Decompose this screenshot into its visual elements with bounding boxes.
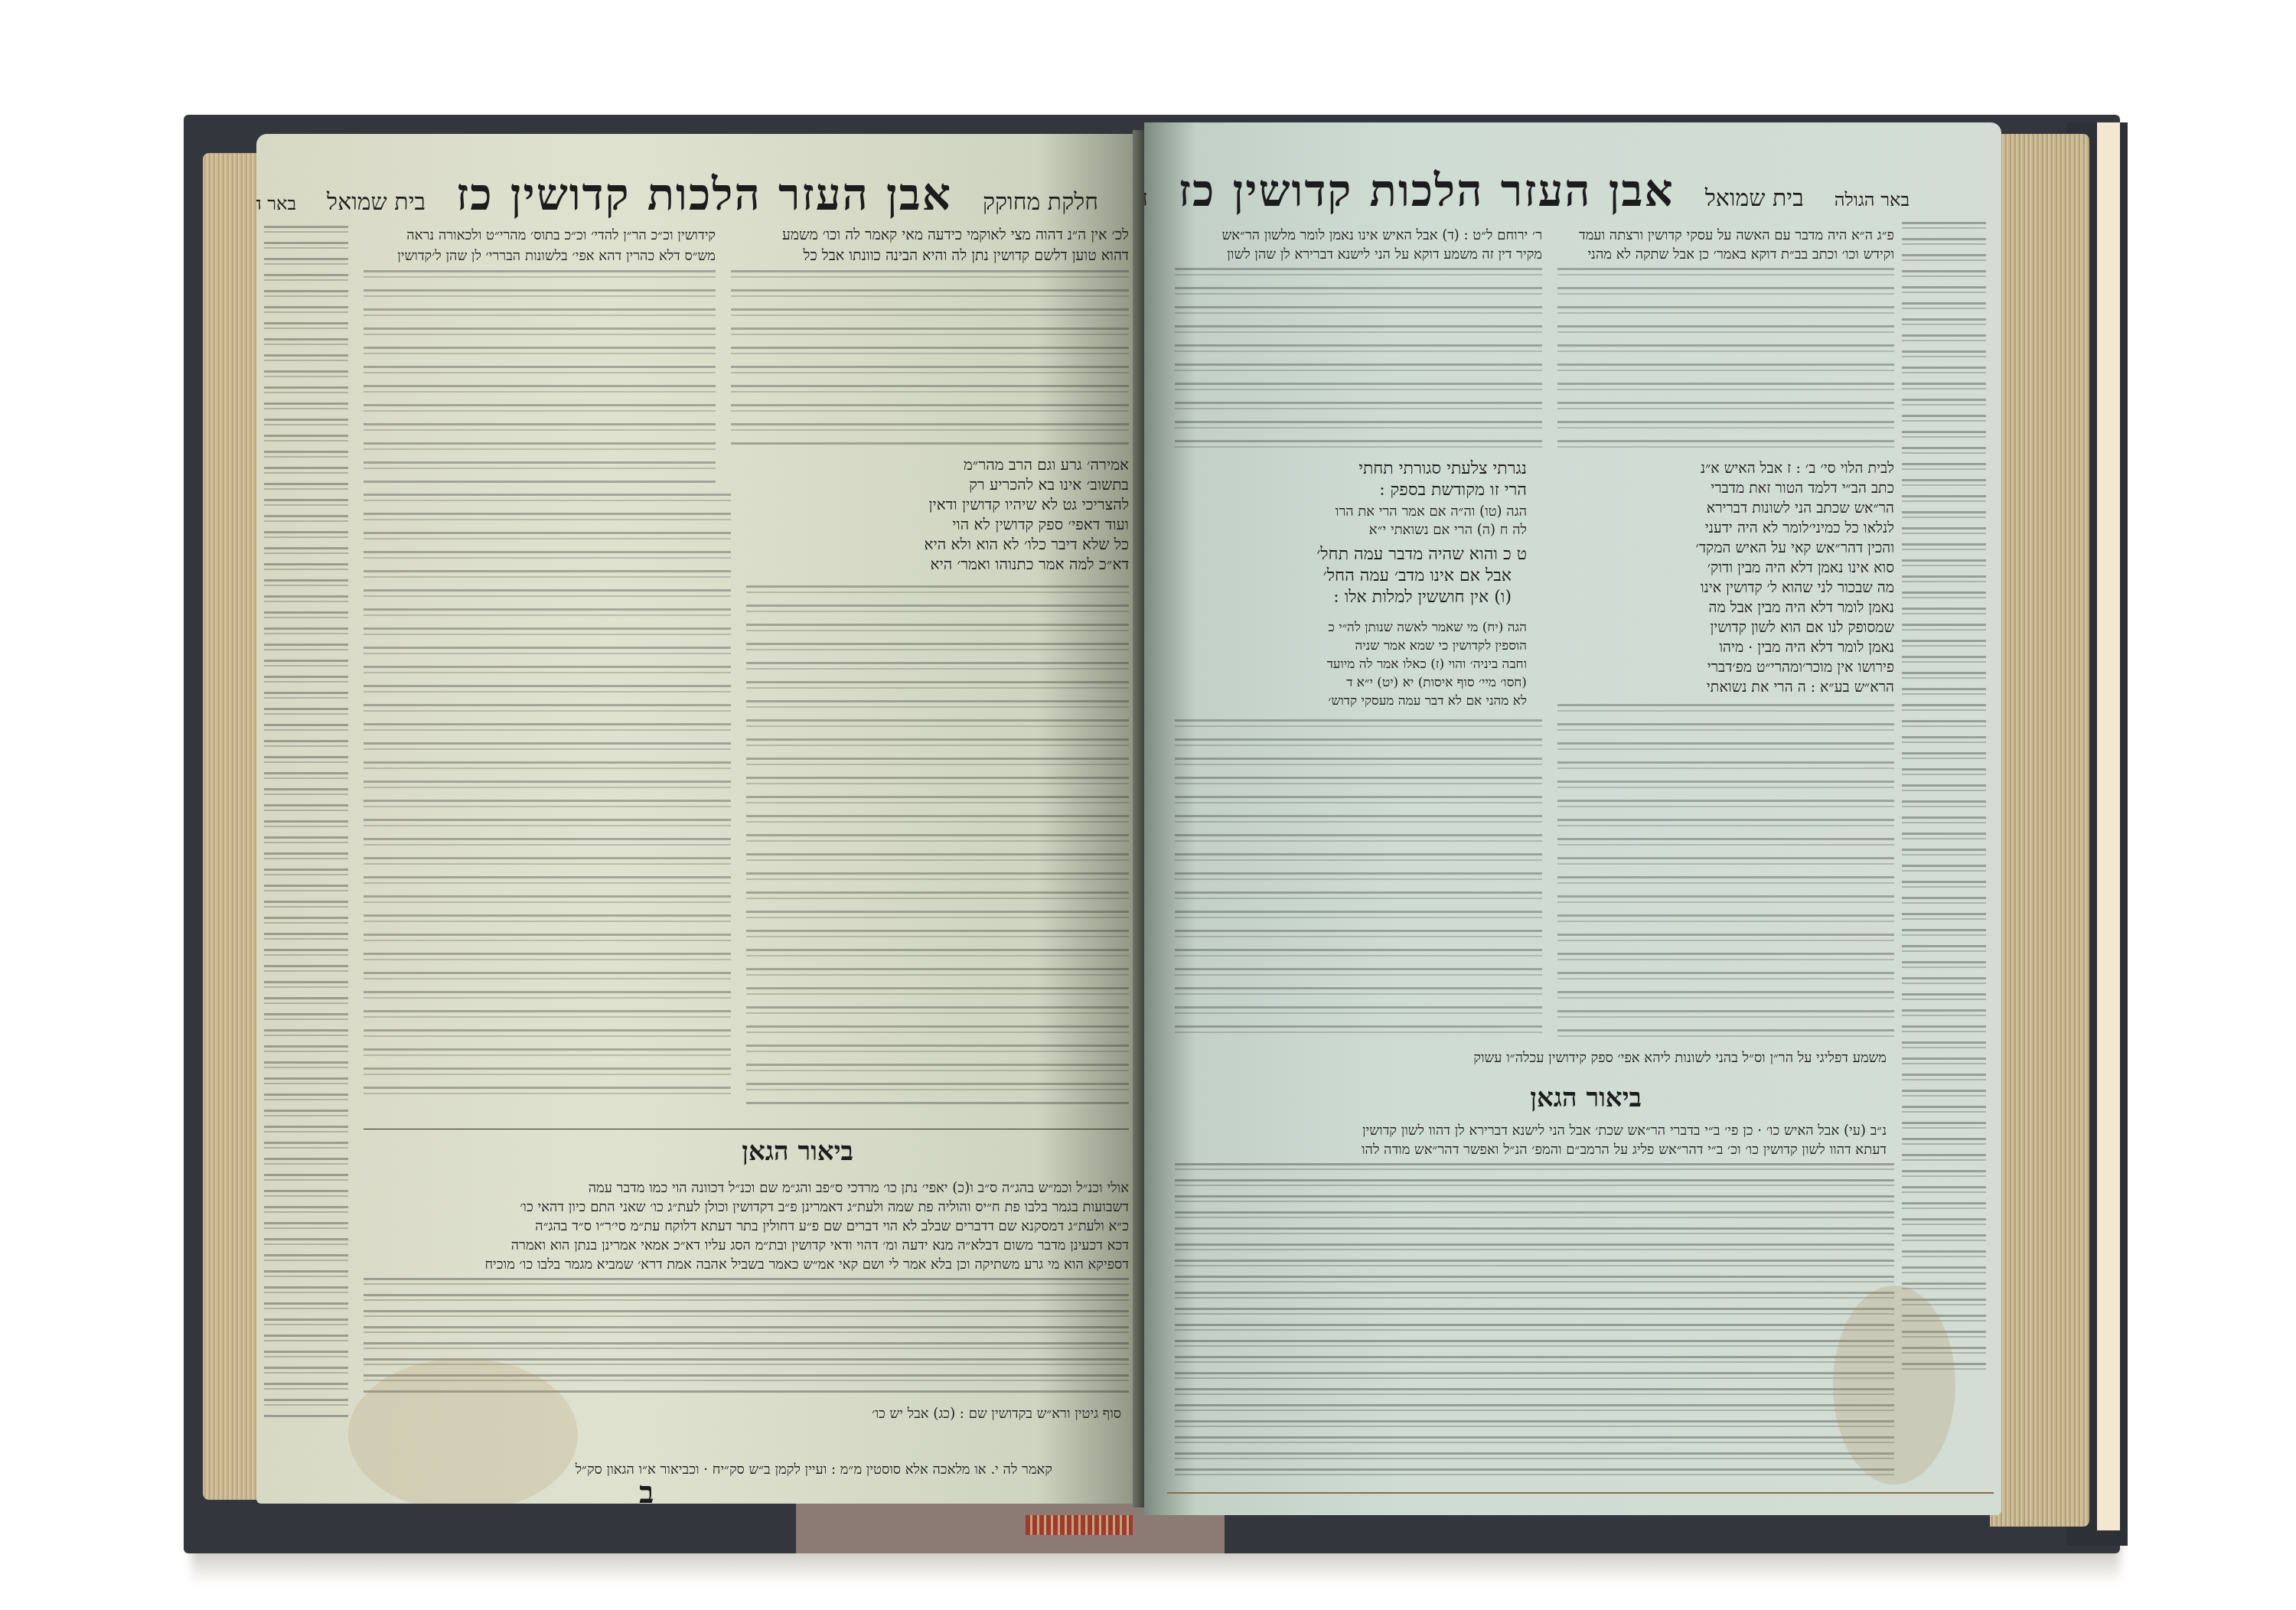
mid-line-5: כל שלא דיבר כלו׳ לא הוא ולא היא <box>924 535 1129 554</box>
biur-line-1: אולי וכנ״ל וכמ״ש בהג״ה ס״ב ו(כ) יאפי׳ נת… <box>589 1178 1129 1198</box>
right-page: באר הגולה בית שמואל אבן העזר הלכות קדושי… <box>1144 122 2001 1515</box>
commentary-line-5: והכין דהר״אש קאי על האיש המקד׳ <box>1696 539 1894 558</box>
right-page-header: באר הגולה בית שמואל אבן העזר הלכות קדושי… <box>1144 165 1910 217</box>
commentary-block-top <box>1557 268 1894 451</box>
header-outer-label: באר הגול׳ <box>256 193 296 215</box>
hagah-line-5: לא מהני אם לא דבר עמה מעסקי קדוש׳ <box>1329 692 1528 711</box>
left-page-header: חלקת מחוקק אבן העזר הלכות קדושין כז בית … <box>256 168 1098 220</box>
top-text-line-1: לכ׳ אין ה״נ דהוה מצי לאוקמי כידעה מאי קא… <box>782 226 1129 245</box>
hagah-line-3: וחבה ביניה׳ והוי (ז) כאלו אמר לה מיועד <box>1327 655 1527 674</box>
left-page: חלקת מחוקק אבן העזר הלכות קדושין כז בית … <box>256 134 1144 1504</box>
commentary-line-3: הר״אש שכתב הני לשונות דברירא <box>1707 499 1894 518</box>
biur-line-3: כ״א ולעת״ג דמסקנא שם דדברים שבלב לא הוי … <box>535 1217 1129 1236</box>
commentary-block-left-lower <box>364 494 731 1106</box>
top-text-line-1: פ״ג ה״א היה מדבר עם האשה על עסקי קדושין … <box>1579 226 1894 245</box>
hagah-line-2: הוספין לקדושין כי שמא אמר שניה <box>1355 637 1527 656</box>
biur-line-4: דכא דכעינן מדבר משום דבלא״ה מנא ידעה ומ׳… <box>511 1236 1129 1255</box>
sa-line-5: ט כ והוא שהיה מדבר עמה תחל׳ <box>1316 545 1527 564</box>
commentary-block-left <box>364 270 716 484</box>
commentary-block-lower-right <box>1557 704 1894 1041</box>
sa-line-2: הרי זו מקודשת בספק : <box>1379 481 1527 500</box>
paper-stain <box>348 1358 578 1504</box>
mid-line-4: ועוד דאפי׳ ספק קדושין לא הוי <box>952 515 1129 534</box>
sa-line-4: לה ח (ה) הרי אם נשואתי י״א <box>1369 520 1527 539</box>
commentary-line-12: הרא״ש בע״א : ה הרי את נשואתי <box>1707 678 1894 697</box>
mid-line-2: בתשוב׳ אינו בא להכריע רק <box>969 475 1129 494</box>
header-commentary-label: בית שמואל <box>327 189 426 216</box>
commentary-line-2: כתב הב״י דלמד הטור זאת מדברי <box>1711 479 1894 498</box>
mid-line-3: להצריכי גט לא שיהיו קדושין ודאין <box>928 495 1129 514</box>
sa-line-7: (ו) אין חוששין למלות אלו : <box>1333 588 1512 607</box>
commentary-block-lower-left <box>1175 719 1542 1041</box>
commentary-line-11: פירושו אין מוכר׳ומהרי״ט מפ׳דברי <box>1707 658 1894 677</box>
biur-line-1: נ״ב (עי) אבל האיש כו׳ · כן פי׳ ב״י בדברי… <box>1362 1121 1887 1140</box>
biur-line-5: דספיקא הוא מי גרע משתיקה וכן בלא אמר לי … <box>484 1255 1129 1274</box>
biur-line-2: דשבועות בגמר בלבו פת ח״יס והוליה פת שמה … <box>520 1198 1129 1217</box>
top-text-line-3: ר׳ ירוחם ל״ט : (ד) אבל האיש אינו נאמן לו… <box>1222 226 1542 245</box>
right-fore-edge <box>1990 134 2089 1527</box>
sa-line-1: נגרתי צלעתי סגורתי תחתי <box>1358 459 1527 478</box>
margin-column-beer-hagolah <box>1902 222 1986 1370</box>
commentary-line-1: לבית הלוי סי׳ ב׳ : ז אבל האיש א״נ <box>1701 459 1894 478</box>
commentary-line-4: לנלאו כל כמיני׳לומר לא היה ידעני <box>1705 519 1894 538</box>
top-text-line-4: מקיר דין זה משמע דוקא על הני לישנא דבריר… <box>1227 245 1542 264</box>
top-text-line-2: וקידש וכו׳ וכתב בב״ת דוקא באמר׳ כן אבל ש… <box>1587 245 1894 264</box>
sa-line-6: אבל אם אינו מדב׳ עמה החל׳ <box>1323 566 1512 585</box>
paper-stain <box>1833 1286 1955 1485</box>
headband <box>1026 1515 1133 1535</box>
commentary-block-right <box>731 270 1129 446</box>
hagah-line-4: (חסו׳ מיי׳ סוף איסות) יא (יט) י״א ד <box>1346 673 1527 693</box>
top-text-line-4: מש״ס דלא כהרין דהא אפי׳ בלשונות הבררי׳ ל… <box>397 246 716 266</box>
mid-line-1: אמירה׳ גרע וגם הרב מהר״מ <box>964 455 1129 474</box>
signature-mark: ב <box>639 1475 654 1504</box>
commentary-block-inner <box>1175 268 1542 451</box>
biur-line-2: דעתא דהוו לשון קדושין כו׳ וכ׳ ב״י דהר״אש… <box>1362 1140 1887 1159</box>
commentary-line-7: מה שבכור לני שהוא ל׳ קדושין אינו <box>1701 578 1894 598</box>
header-title: אבן העזר הלכות קדושין כז <box>456 168 952 220</box>
header-outer-label: באר הגולה <box>1835 189 1910 211</box>
hagah-line-1: הגה (יח) מי שאמר לאשה שנותן לה״י כ <box>1328 618 1527 637</box>
section-title-biur-hagra: ביאור הגאן <box>1530 1083 1642 1113</box>
commentary-line-8: נאמן לומר דלא היה מבין אבל מה <box>1709 598 1894 618</box>
commentary-line-6: סוא אינו נאמן דלא היה מבין ודוק׳ <box>1707 559 1894 578</box>
header-title: אבן העזר הלכות קדושין כז <box>1179 165 1675 217</box>
margin-note: סוף גיטין ורא״ש בקדושין שם : (כג) אבל יש… <box>872 1404 1121 1423</box>
commentary-block-right-lower <box>746 585 1129 1106</box>
commentary-line-10: נאמן לומר דלא היה מבין · מיהו <box>1719 638 1894 657</box>
mid-line-6: דא״כ למה אמר כתנוהו ואמר׳ היא <box>930 555 1129 574</box>
divider-rule <box>364 1129 1129 1129</box>
header-inner-label: חלקת מחוקק <box>983 189 1098 216</box>
header-commentary-label: בית שמואל <box>1705 185 1804 212</box>
biur-hagra-text <box>1175 1163 1894 1477</box>
board-paper-edge <box>2097 122 2120 1530</box>
line-above-section: משמע דפליגי על הר״ן וס״ל בהני לשונות ליה… <box>1473 1048 1887 1067</box>
sa-line-3: הגה (טו) וה״ה אם אמר הרי את הרו <box>1336 502 1527 521</box>
header-inner-label: חלקת מחוקק <box>1144 185 1148 212</box>
margin-column-beer-hagolah <box>264 226 348 1419</box>
top-text-line-2: דהוא טוען דלשם קדושין נתן לה והיא הבינה … <box>804 246 1129 266</box>
top-text-line-3: קידושין וכ״כ הר״ן להדי׳ וכ״כ בתוס׳ מהרי״… <box>406 226 716 245</box>
section-title-biur-hagra: ביאור הגאן <box>742 1136 853 1167</box>
commentary-line-9: שמסופק לנו אם הוא לשון קדושין <box>1710 618 1894 637</box>
torn-page-edge <box>1167 1492 1994 1494</box>
